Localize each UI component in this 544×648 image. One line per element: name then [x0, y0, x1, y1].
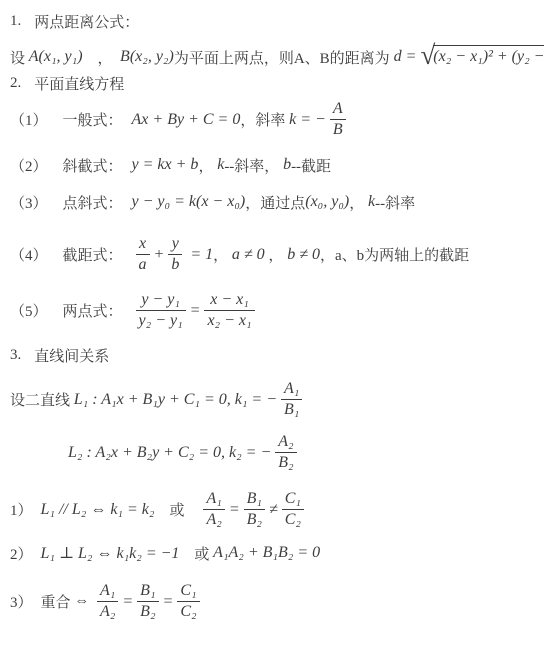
- numerator: C₁: [282, 489, 304, 509]
- numerator: y − y₁: [138, 290, 183, 310]
- text-run: ，: [349, 192, 368, 213]
- section-2-number: 2.: [10, 75, 21, 92]
- math-run-k: k: [368, 193, 375, 211]
- coincident-relation: 3） 重合 ⇔ A₁ A₂ = B₁ B₂ = C₁ C₂: [10, 581, 538, 622]
- numerator: C₁: [177, 581, 199, 601]
- distance-formula-line: 设 A(x₁, y₁) ， B(x₂, y₂) 为平面上两点，则A、B的距离为 …: [10, 45, 538, 69]
- math-run-equals-one: = 1: [186, 246, 213, 264]
- numerator: A₁: [97, 581, 118, 601]
- text-run: ，: [265, 244, 288, 265]
- section-1-title: 两点距离公式：: [34, 11, 139, 32]
- radicand: (x₂ − x₁)² + (y₂ − y₁)²: [433, 45, 544, 66]
- text-run: ，通过点: [245, 192, 305, 213]
- denominator: A₂: [97, 601, 118, 622]
- text-run: ，斜率: [240, 109, 289, 130]
- item-marker: 1）: [10, 499, 33, 520]
- numerator: x: [136, 234, 149, 254]
- line2-definition: L₂ : A₂x + B₂y + C₂ = 0, k₂ = − A₂ B₂: [68, 432, 538, 473]
- numerator: x − x₁: [207, 290, 252, 310]
- fraction-a1-b1: A₁ B₁: [281, 379, 302, 420]
- denominator: C₂: [177, 601, 199, 622]
- numerator: B₁: [244, 489, 265, 509]
- denominator: B₁: [281, 399, 302, 420]
- fraction-c1-c2: C₁ C₂: [282, 489, 304, 530]
- text-run-or: 或: [154, 499, 199, 520]
- intercept-form-item: （4） 截距式： x a + y b = 1 ， a ≠ 0 ， b ≠ 0 ，…: [10, 234, 538, 275]
- fraction-y-b: y b: [168, 234, 182, 275]
- numerator: A₂: [275, 432, 296, 452]
- text-run: ，: [213, 244, 232, 265]
- text-run: 设: [10, 47, 29, 68]
- numerator: B₁: [137, 581, 158, 601]
- math-run-equation: Ax + By + C = 0: [132, 111, 241, 129]
- fraction-b1-b2: B₁ B₂: [244, 489, 265, 530]
- section-2-title: 平面直线方程: [34, 73, 124, 94]
- fraction-c1-c2: C₁ C₂: [177, 581, 199, 622]
- fraction-x-a: x a: [136, 234, 150, 275]
- denominator: B₂: [137, 601, 158, 622]
- numerator: A₁: [281, 379, 302, 399]
- section-1-heading: 1. 两点距离公式：: [10, 10, 538, 32]
- denominator: x₂ − x₁: [204, 310, 254, 331]
- text-run: --截距: [291, 155, 331, 176]
- equals-sign: =: [229, 501, 240, 519]
- square-root-expression: √ (x₂ − x₁)² + (y₂ − y₁)²: [420, 45, 544, 69]
- item-label: 一般式：: [63, 109, 123, 130]
- line1-definition: 设二直线 L₁ : A₁x + B₁y + C₁ = 0, k₁ = − A₁ …: [10, 379, 538, 420]
- section-3-title: 直线间关系: [34, 345, 109, 366]
- item-label: 斜截式：: [63, 155, 123, 176]
- numerator: y: [169, 234, 182, 254]
- text-run: --斜率: [375, 192, 415, 213]
- denominator: B₂: [244, 509, 265, 530]
- text-run: 设二直线: [10, 389, 74, 410]
- item-marker: （1）: [10, 109, 48, 130]
- numerator: A: [330, 99, 346, 119]
- not-equals-sign: ≠: [269, 501, 278, 519]
- math-run-equation: y = kx + b: [132, 156, 199, 174]
- section-1-number: 1.: [10, 13, 21, 30]
- math-run-parallel: L₁ // L₂ ⇔ k₁ = k₂: [41, 501, 155, 519]
- text-run-coincide: 重合: [41, 591, 71, 612]
- equals-sign: =: [190, 302, 201, 320]
- section-2-heading: 2. 平面直线方程: [10, 72, 538, 94]
- fraction: A B: [330, 99, 346, 140]
- item-marker: （2）: [10, 155, 48, 176]
- general-form-item: （1） 一般式： Ax + By + C = 0 ，斜率 k = − A B: [10, 99, 538, 140]
- math-run-l2: L₂ : A₂x + B₂y + C₂ = 0, k₂ = −: [68, 444, 271, 462]
- math-run-distance: d =: [390, 48, 421, 66]
- denominator: y₂ − y₁: [136, 310, 186, 331]
- point-slope-item: （3） 点斜式： y − y₀ = k(x − x₀) ，通过点 (x₀, y₀…: [10, 191, 538, 213]
- math-run-b: b: [283, 156, 291, 174]
- denominator: B₂: [275, 452, 296, 473]
- text-run: 为平面上两点，则A、B的距离为: [174, 47, 390, 68]
- fraction-a2-b2: A₂ B₂: [275, 432, 296, 473]
- fraction-a1-a2: A₁ A₂: [203, 489, 224, 530]
- item-label: 点斜式：: [63, 192, 123, 213]
- denominator: B: [330, 119, 346, 140]
- math-run-condition: A₁A₂ + B₁B₂ = 0: [213, 544, 320, 562]
- equals-sign: =: [122, 593, 133, 611]
- math-run-perpendicular: L₁ ⊥ L₂ ⇔ k₁k₂ = −1: [41, 543, 180, 563]
- denominator: A₂: [203, 509, 224, 530]
- text-run: ，a、b为两轴上的截距: [320, 244, 469, 265]
- numerator: A₁: [203, 489, 224, 509]
- text-run: ，: [198, 155, 217, 176]
- section-3-heading: 3. 直线间关系: [10, 344, 538, 366]
- text-run-or: 或: [179, 543, 213, 564]
- math-run-slope: k = −: [289, 111, 326, 129]
- math-run-a-nonzero: a ≠ 0: [232, 246, 265, 264]
- item-label: 截距式：: [63, 244, 123, 265]
- fraction-a1-a2: A₁ A₂: [97, 581, 118, 622]
- math-run-equation: y − y₀ = k(x − x₀): [132, 193, 246, 211]
- section-3-number: 3.: [10, 347, 21, 364]
- perpendicular-relation: 2） L₁ ⊥ L₂ ⇔ k₁k₂ = −1 或 A₁A₂ + B₁B₂ = 0: [10, 542, 538, 564]
- math-run-k: k: [217, 156, 224, 174]
- equals-sign: =: [163, 593, 174, 611]
- fraction-y: y − y₁ y₂ − y₁: [136, 290, 186, 331]
- item-marker: 2）: [10, 543, 33, 564]
- text-run: ，: [83, 47, 121, 68]
- slope-intercept-item: （2） 斜截式： y = kx + b ， k --斜率， b --截距: [10, 154, 538, 176]
- plus-operator: +: [154, 246, 165, 264]
- item-marker: （5）: [10, 300, 48, 321]
- denominator: C₂: [282, 509, 304, 530]
- text-run: --斜率，: [224, 155, 283, 176]
- item-marker: （4）: [10, 244, 48, 265]
- math-run-l1: L₁ : A₁x + B₁y + C₁ = 0, k₁ = −: [74, 391, 277, 409]
- parallel-relation: 1） L₁ // L₂ ⇔ k₁ = k₂ 或 A₁ A₂ = B₁ B₂ ≠ …: [10, 489, 538, 530]
- denominator: a: [136, 254, 150, 275]
- item-marker: （3）: [10, 192, 48, 213]
- math-run-point: (x₀, y₀): [305, 193, 349, 211]
- math-formula-document: 1. 两点距离公式： 设 A(x₁, y₁) ， B(x₂, y₂) 为平面上两…: [0, 0, 544, 622]
- math-run-point-b: B(x₂, y₂): [120, 48, 174, 66]
- denominator: b: [168, 254, 182, 275]
- fraction-x: x − x₁ x₂ − x₁: [204, 290, 254, 331]
- math-run-point-a: A(x₁, y₁): [29, 48, 83, 66]
- item-label: 两点式：: [63, 300, 123, 321]
- item-marker: 3）: [10, 591, 33, 612]
- math-run-b-nonzero: b ≠ 0: [287, 246, 320, 264]
- iff-sign: ⇔: [71, 593, 94, 610]
- fraction-b1-b2: B₁ B₂: [137, 581, 158, 622]
- two-point-form-item: （5） 两点式： y − y₁ y₂ − y₁ = x − x₁ x₂ − x₁: [10, 290, 538, 331]
